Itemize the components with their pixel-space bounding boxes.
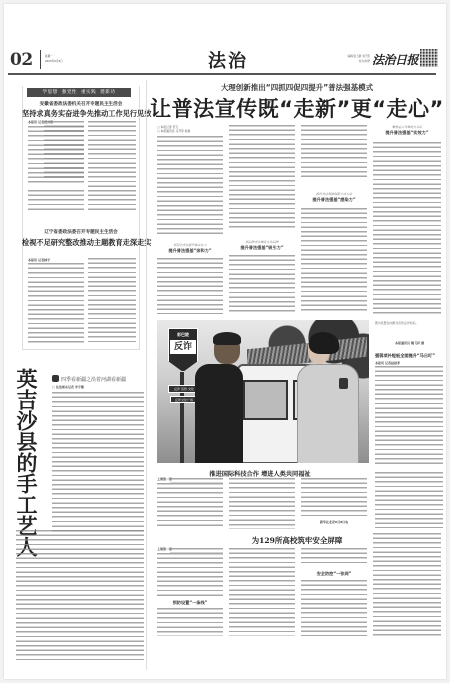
- article2-body-col1: [28, 263, 84, 343]
- paper-logo: 法治日报: [372, 51, 418, 68]
- photo-man: [195, 364, 243, 463]
- qr-code-icon[interactable]: [420, 49, 438, 67]
- byline-line: □ 本报通讯员 马开军 杨春: [157, 129, 190, 133]
- feature-body-upper: [52, 392, 144, 532]
- main-body-col3a: [301, 125, 367, 180]
- main-deck: 大理创新推出“四抓四促四提升”普法强基模式: [150, 82, 444, 93]
- main-body-col2b: [229, 255, 295, 314]
- column-logo-icon: [52, 375, 59, 382]
- side-body-lower: [375, 472, 443, 528]
- lower1-body-col3: [301, 478, 367, 518]
- article1-body-col1b: [28, 126, 84, 186]
- feature-vertical-title[interactable]: 英吉沙县的手工艺人: [14, 368, 38, 557]
- feature-column-title: 四季看新疆之沿着河湖看新疆: [52, 375, 126, 383]
- main-body-col1b: [157, 258, 223, 314]
- main-body-col4: [373, 142, 441, 314]
- divider: [40, 50, 41, 69]
- article1-kicker: 安徽省委政法委机关召开专题民主生活会: [22, 101, 140, 107]
- article1-body-col1c: [28, 190, 84, 212]
- subhead-1: 聚焦重点对象助力基层 提升普法强基“实效力”: [373, 125, 441, 136]
- photo-caption: 图为民警在向群众宣传反诈知识。: [375, 321, 443, 326]
- main-body-col2: [229, 125, 295, 229]
- main-body-col1: [157, 136, 223, 234]
- lower2-body-col1: [157, 553, 223, 598]
- photo-officer-hair: [309, 332, 339, 354]
- main-bylines: □ 本报记者 范飞 □ 本报通讯员 马开军 杨春: [157, 125, 190, 133]
- feature-body-lower: [16, 530, 144, 662]
- editor-credits: 编辑/张玉漱 刘子阳 校对/刘梦: [330, 55, 370, 64]
- photo-man-hair: [213, 332, 241, 345]
- lower2-body-col1b: [157, 608, 223, 636]
- photo-sign-main: 反诈: [170, 340, 196, 354]
- lower2-body-col3b: [301, 580, 367, 636]
- lower1-body-col2: [229, 478, 295, 529]
- photo-window: [243, 380, 288, 420]
- lower2-subhead-2: 安全防控“一张网”: [301, 571, 367, 577]
- article2-headline[interactable]: 检视不足研究整改推动主题教育走深走实: [22, 238, 140, 248]
- main-headline[interactable]: 让普法宣传既“走新”更“走心”: [150, 93, 444, 123]
- lower2-body-col3a: [301, 548, 367, 566]
- lower-headline-1[interactable]: 推进国际科技合作 增进人类共同福祉: [150, 469, 370, 478]
- article2-body-col2: [88, 258, 136, 343]
- side-body: [375, 366, 443, 466]
- photo-board: 反诈文化广场: [170, 396, 198, 403]
- article1-headline[interactable]: 坚持求真务实奋进争先推动工作见行见效: [22, 109, 140, 119]
- article2-kicker: 辽宁省委政法委召开专题民主生活会: [22, 229, 140, 235]
- section-title: 法治: [208, 47, 248, 73]
- news-photo[interactable]: 彩巴陵 反诈 反诈 宣传 文化 反诈文化广场: [157, 320, 369, 463]
- issue-date: 星期一 2025年6月9日: [45, 54, 63, 64]
- column-divider: [146, 80, 147, 670]
- photo-credit: 本报通讯员 魏飞祥 摄: [395, 341, 424, 345]
- photo-officer: [297, 364, 359, 463]
- side-headline[interactable]: 强弱项补短板全面提升“马日叮”: [375, 353, 443, 359]
- lower1-body-col1: [157, 483, 223, 529]
- article1-body-col2: [88, 121, 136, 211]
- subhead-4: 抓品牌普法做优文化品牌 提升普法强基“吸引力”: [229, 240, 295, 251]
- main-body-col3b: [301, 208, 367, 313]
- photo-sign-top: 彩巴陵: [170, 332, 196, 338]
- lower2-subhead-1: 预防设置“一条线”: [157, 600, 223, 606]
- masthead-rule: [8, 73, 436, 75]
- subhead-3: 抓特色普法提升群众认可 提升普法强基“亲和力”: [157, 243, 223, 254]
- subhead-2: 抓好普法载体创新方式方法 提升普法强基“感染力”: [301, 192, 367, 203]
- column-banner: 学思想 强党性 重实践 建新功: [27, 88, 131, 97]
- editor-line: 校对/刘梦: [330, 60, 370, 65]
- feature-byline: □ 法治周末记者 李宇箫: [52, 385, 84, 389]
- page-number: 02: [10, 50, 33, 70]
- masthead: 02 星期一 2025年6月9日 法治 编辑/张玉漱 刘子阳 校对/刘梦 法治日…: [8, 46, 436, 72]
- date: 2025年6月9日: [45, 59, 63, 64]
- police-badge-icon: [339, 378, 348, 389]
- lower2-body-col2: [229, 548, 295, 636]
- lower2-body-col4: [373, 533, 441, 636]
- lower1-source: 新华社北京6月8日电: [320, 520, 348, 525]
